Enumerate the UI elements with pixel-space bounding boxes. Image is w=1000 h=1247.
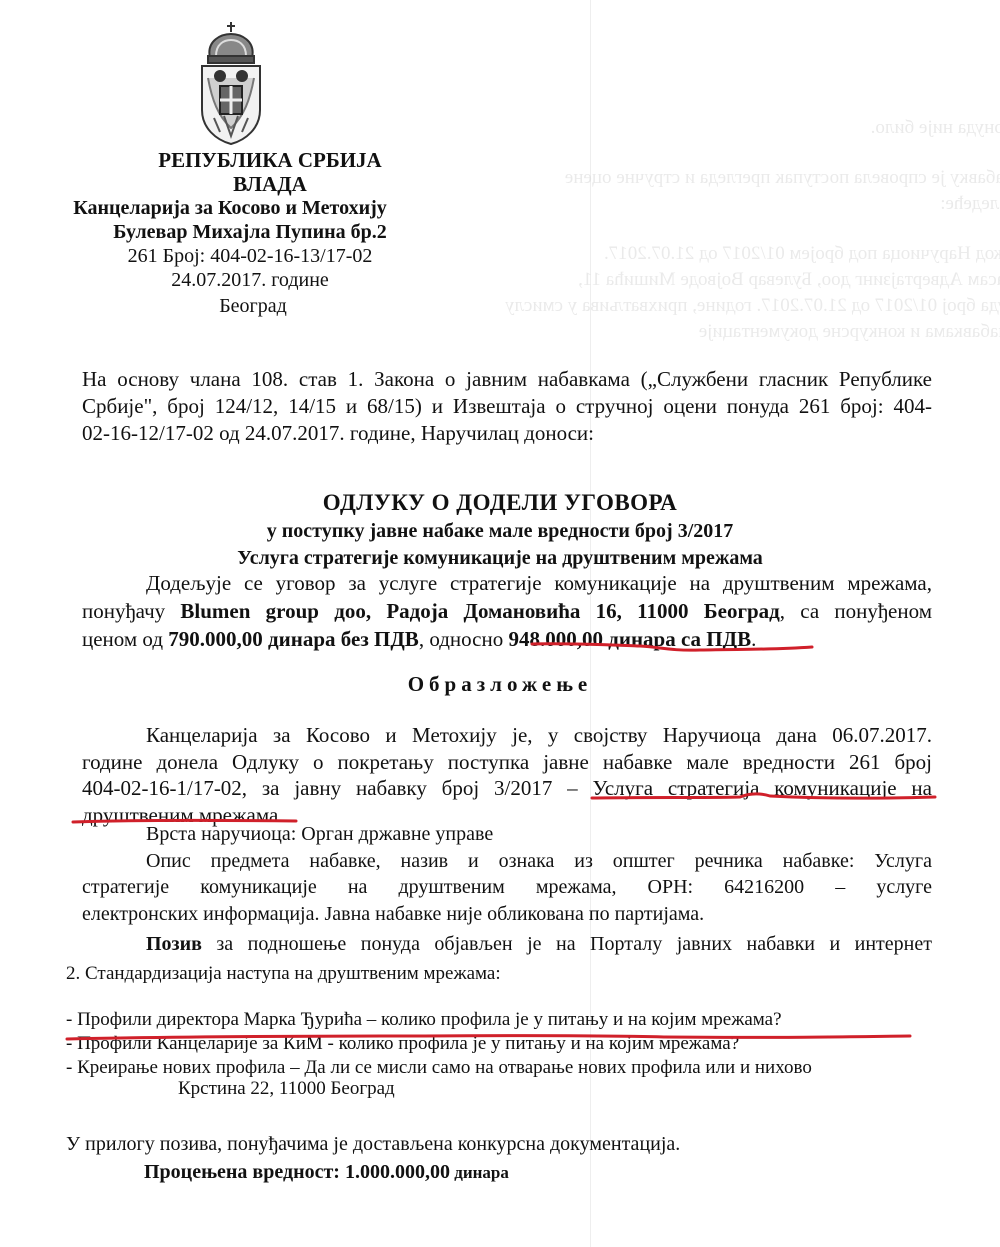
award-paragraph: Додељује се уговор за услуге стратегије …	[82, 569, 932, 653]
document-city: Београд	[46, 294, 460, 318]
office-name: Канцеларија за Косово и Метохију	[0, 196, 460, 220]
serbian-coat-of-arms-icon	[196, 20, 266, 146]
document-date: 24.07.2017. године	[40, 268, 460, 292]
service-subtitle: Услуга стратегије комуникације на друштв…	[150, 545, 850, 572]
scanned-document-page: Неблаговремених понуда није било. Комиси…	[0, 0, 1000, 1247]
attachment-note: У прилогу позива, понуђачима је доставље…	[66, 1130, 966, 1158]
reasoning-paragraph: Канцеларија за Косово и Метохију је, у с…	[82, 722, 932, 828]
question-item: - Профили Канцеларије за КиМ - колико пр…	[66, 1032, 966, 1056]
price-without-vat: 790.000,00 динара без ПДВ	[168, 627, 419, 651]
reference-number: 261 Број: 404-02-16-13/17-02	[40, 244, 460, 268]
highlighted-service-name: Услуга стратегија комуникације на	[593, 776, 933, 800]
government-name: ВЛАДА	[80, 172, 460, 196]
office-address: Булевар Михајла Пупина бр.2	[40, 220, 460, 244]
decision-title: ОДЛУКУ О ДОДЕЛИ УГОВОРА у поступку јавне…	[150, 488, 850, 572]
buyer-type: Врста наручиоца: Орган државне управе	[82, 821, 932, 848]
estimated-value: Процењена вредност: 1.000.000,00 динара	[66, 1158, 966, 1187]
closing-section: У прилогу позива, понуђачима је доставље…	[66, 1130, 966, 1187]
question-item: - Профили директора Марка Ђурића – колик…	[66, 1008, 966, 1032]
price-with-vat: 948.000,00 динара са ПДВ	[508, 627, 751, 651]
reasoning-heading: Образложење	[300, 672, 700, 697]
decision-title-main: ОДЛУКУ О ДОДЕЛИ УГОВОРА	[150, 488, 850, 518]
contractor-name: Blumen group доо, Радоја Домановића 16, …	[180, 599, 779, 623]
country-name: РЕПУБЛИКА СРБИЈА	[80, 148, 460, 172]
procurement-details: Врста наручиоца: Орган државне управе Оп…	[82, 821, 932, 958]
procedure-subtitle: у поступку јавне набаке мале вредности б…	[150, 518, 850, 545]
award-contractor-line: понуђачу Blumen group доо, Радоја Домано…	[82, 597, 932, 625]
award-price-line: ценом од 790.000,00 динара без ПДВ, одно…	[82, 625, 932, 653]
address-fragment: Крстина 22, 11000 Београд	[66, 1077, 966, 1101]
bleed-through-text: Неблаговремених понуда није било. Комиси…	[505, 115, 1000, 345]
section-heading: 2. Стандардизација наступа на друштвеним…	[66, 962, 966, 986]
letterhead: РЕПУБЛИКА СРБИЈА ВЛАДА Канцеларија за Ко…	[40, 148, 460, 318]
inserted-questions-section: 2. Стандардизација наступа на друштвеним…	[66, 962, 966, 1101]
preamble-paragraph: На основу члана 108. став 1. Закона о ја…	[82, 366, 932, 447]
